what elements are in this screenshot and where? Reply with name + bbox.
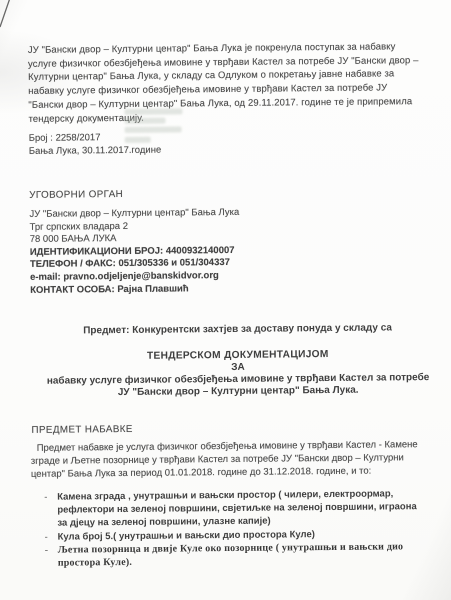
list-item-text: Љетна позорница и двије Куле око позорни…	[58, 541, 404, 569]
contracting-authority-details: ЈУ "Бански двор – Културни центар" Бања …	[29, 206, 360, 297]
procurement-subject-heading: ПРЕДМЕТ НАБАВКЕ	[31, 424, 132, 436]
subject-intro-line: Предмет: Конкурентски захтјев за доставу…	[23, 322, 451, 337]
document-body: ЈУ "Бански двор – Културни центар" Бања …	[0, 0, 451, 600]
list-item-text: Камена зграда , унутрашњи и вањски прост…	[57, 488, 417, 529]
list-item: - Камена зграда , унутрашњи и вањски про…	[43, 487, 425, 530]
authority-contact-person: КОНТАКТ ОСОБА: Рајна Плавшић	[30, 281, 360, 297]
scanned-document-page: ЈУ "Бански двор – Културни центар" Бања …	[0, 0, 451, 600]
ink-bleed-artifact	[124, 108, 182, 145]
list-item: - Љетна позорница и двије Куле око позор…	[44, 540, 426, 570]
bullet-dash: -	[45, 544, 49, 557]
place-and-date: Бања Лука, 30.11.2017.године	[29, 145, 161, 157]
bullet-dash: -	[44, 491, 47, 504]
procurement-description-paragraph: Предмет набавке је услуга физичког обезб…	[31, 438, 430, 481]
list-item-text: Кула број 5.( унутрашњи и вањски дио про…	[57, 529, 314, 542]
procurement-items-list: - Камена зграда , унутрашњи и вањски про…	[43, 487, 426, 570]
document-number: Број : 2258/2017	[29, 132, 101, 144]
contracting-authority-heading: УГОВОРНИ ОРГАН	[29, 189, 123, 201]
bullet-dash: -	[44, 530, 47, 543]
intro-paragraph: ЈУ "Бански двор – Културни центар" Бања …	[28, 40, 423, 126]
